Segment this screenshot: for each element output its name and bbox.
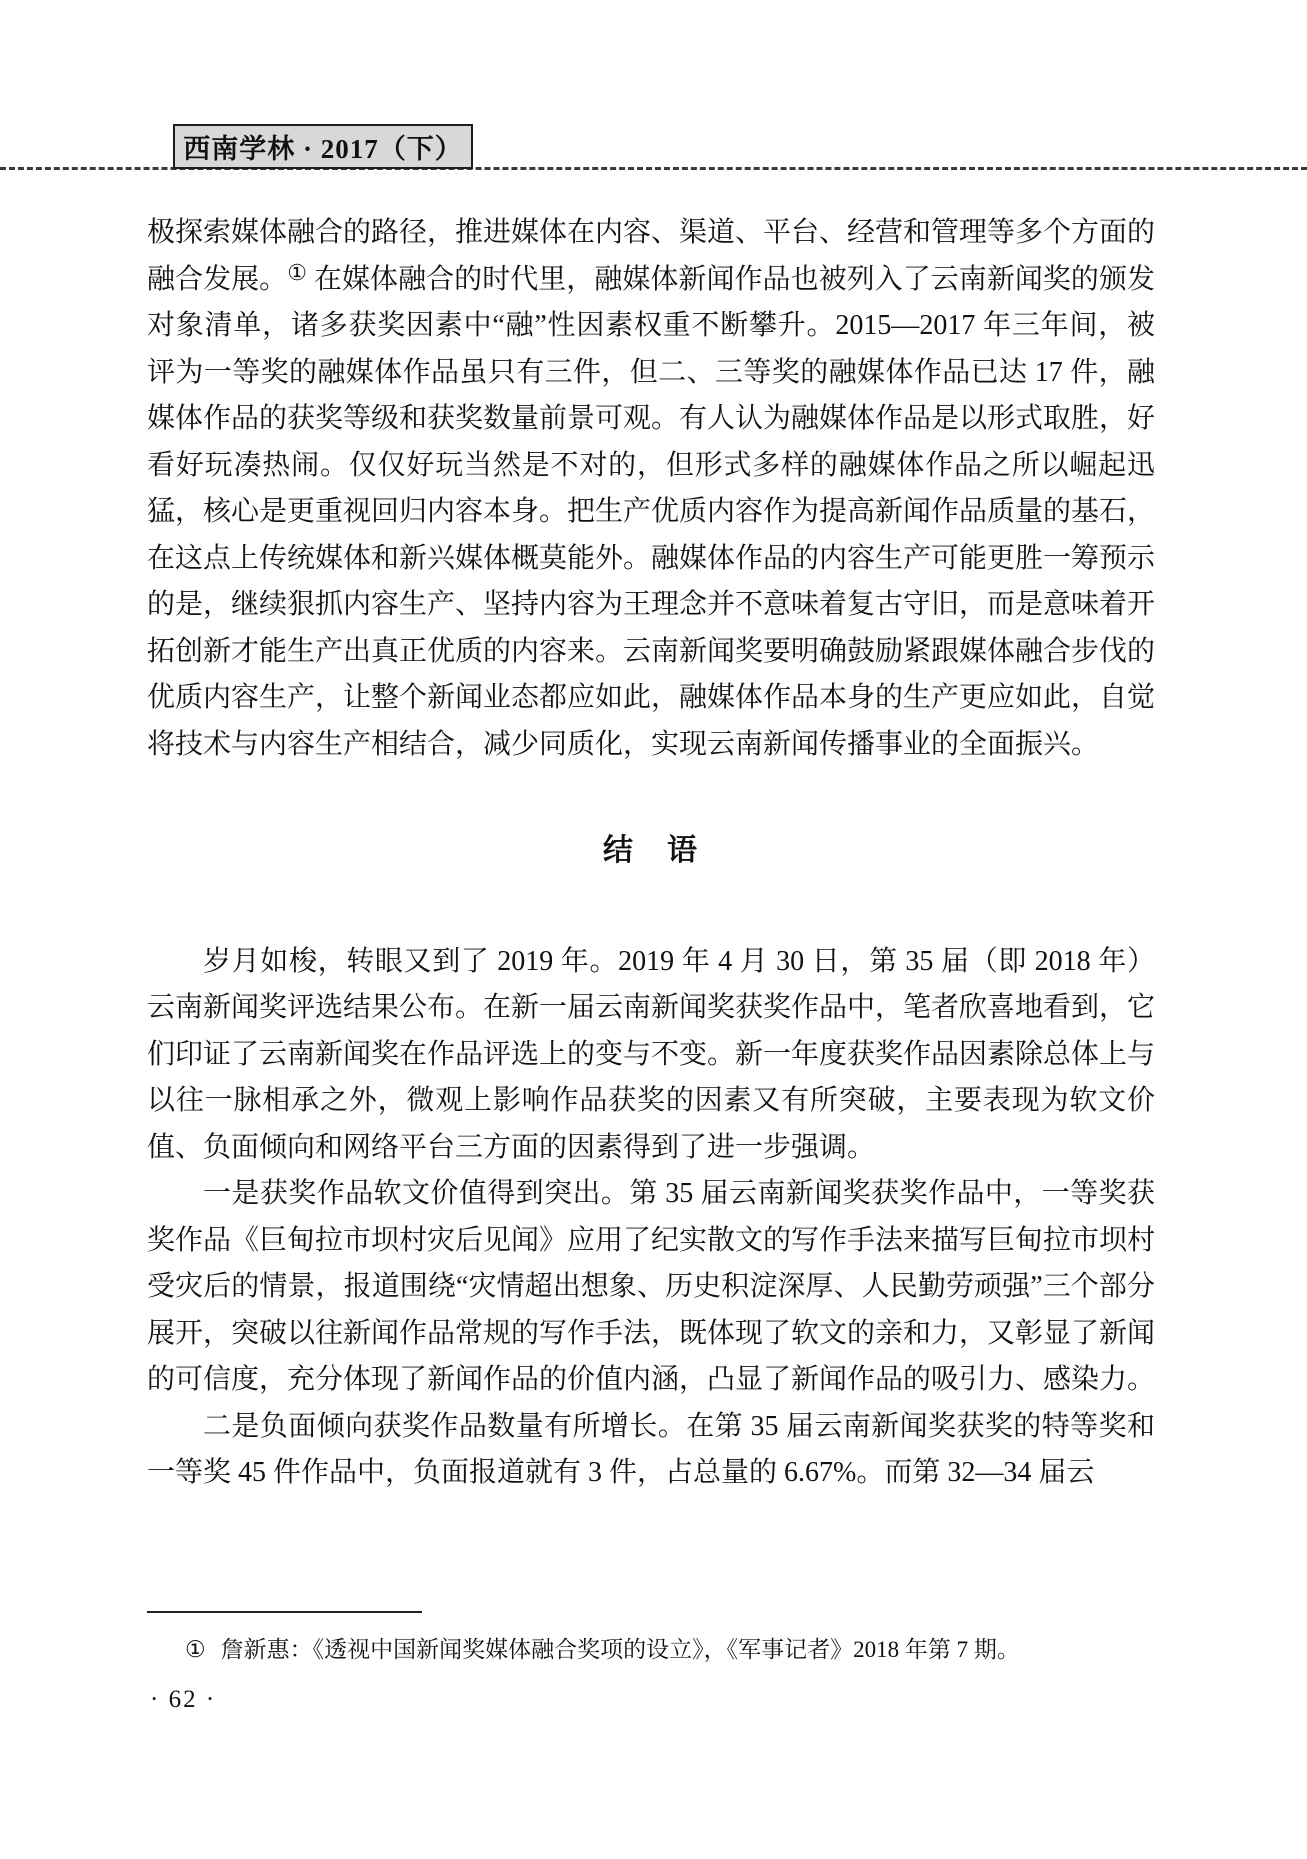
running-head-box: 西南学林 · 2017（下） [173, 124, 473, 169]
paragraph-continuation: 极探索媒体融合的路径，推进媒体在内容、渠道、平台、经营和管理等多个方面的融合发展… [147, 210, 1155, 768]
journal-title: 西南学林 · 2017（下） [183, 127, 463, 166]
footnote-separator-rule [147, 1611, 422, 1613]
paragraph: 一是获奖作品软文价值得到突出。第 35 届云南新闻奖获奖作品中，一等奖获奖作品《… [147, 1171, 1155, 1404]
footnote-reference-marker: ① [287, 260, 307, 285]
body-text: 极探索媒体融合的路径，推进媒体在内容、渠道、平台、经营和管理等多个方面的融合发展… [147, 210, 1155, 1497]
footnote-marker: ① [185, 1637, 206, 1662]
document-page: 西南学林 · 2017（下） 极探索媒体融合的路径，推进媒体在内容、渠道、平台、… [0, 0, 1307, 1859]
section-heading-conclusion: 结 语 [147, 828, 1155, 875]
paragraph: 岁月如梭，转眼又到了 2019 年。2019 年 4 月 30 日，第 35 届… [147, 939, 1155, 1172]
footnote-text: 詹新惠：《透视中国新闻奖媒体融合奖项的设立》，《军事记者》2018 年第 7 期… [221, 1637, 1020, 1662]
paragraph-text: 在媒体融合的时代里，融媒体新闻作品也被列入了云南新闻奖的颁发对象清单，诸多获奖因… [147, 264, 1155, 760]
page-number: · 62 · [150, 1686, 216, 1714]
footnote: ①詹新惠：《透视中国新闻奖媒体融合奖项的设立》，《军事记者》2018 年第 7 … [147, 1634, 1195, 1666]
paragraph: 二是负面倾向获奖作品数量有所增长。在第 35 届云南新闻奖获奖的特等奖和一等奖 … [147, 1404, 1155, 1497]
